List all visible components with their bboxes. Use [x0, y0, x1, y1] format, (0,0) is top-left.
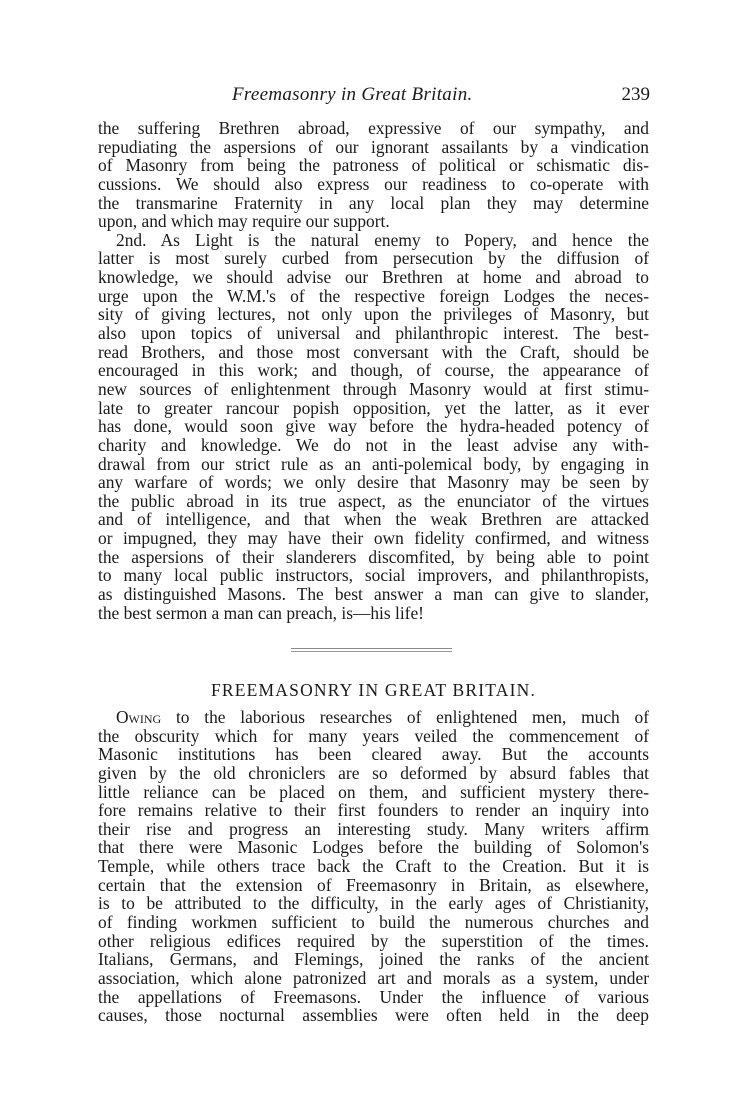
- text-line: knowledge, we should advise our Brethren…: [98, 268, 649, 287]
- divider-line: [291, 648, 452, 649]
- text-line: the aspersions of their slanderers disco…: [98, 548, 649, 567]
- text-line: Temple, while others trace back the Craf…: [98, 857, 649, 876]
- text-line: repudiating the aspersions of our ignora…: [98, 138, 649, 157]
- text-line: causes, those nocturnal assemblies were …: [98, 1006, 649, 1025]
- text-line: is to be attributed to the difficulty, i…: [98, 894, 649, 913]
- section-body-text: Owing to the laborious researches of enl…: [98, 708, 649, 1025]
- text-line: charity and knowledge. We do not in the …: [98, 436, 649, 455]
- divider-line: [291, 651, 452, 652]
- text-line: Italians, Germans, and Flemings, joined …: [98, 950, 649, 969]
- text-line: upon, and which may require our support.: [98, 212, 649, 231]
- text-line: read Brothers, and those most conversant…: [98, 343, 649, 362]
- text-line: also upon topics of universal and philan…: [98, 324, 649, 343]
- text-line: of finding workmen sufficient to build t…: [98, 913, 649, 932]
- text-line: new sources of enlightenment through Mas…: [98, 380, 649, 399]
- text-line: of Masonry from being the patroness of p…: [98, 156, 649, 175]
- text-line: Masonic institutions has been cleared aw…: [98, 745, 649, 764]
- text-line: association, which alone patronized art …: [98, 969, 649, 988]
- text-line: any warfare of words; we only desire tha…: [98, 473, 649, 492]
- opening-word: Owing: [116, 707, 161, 727]
- text-line: given by the old chroniclers are so defo…: [98, 764, 649, 783]
- text-line: fore remains relative to their first fou…: [98, 801, 649, 820]
- text-line: has done, would soon give way before the…: [98, 417, 649, 436]
- continued-article-text: the suffering Brethren abroad, expressiv…: [98, 119, 649, 622]
- text-line: and of intelligence, and that when the w…: [98, 510, 649, 529]
- text-line: the public abroad in its true aspect, as…: [98, 492, 649, 511]
- text-line: urge upon the W.M.'s of the respective f…: [98, 287, 649, 306]
- text-line: that there were Masonic Lodges before th…: [98, 838, 649, 857]
- text-line: or impugned, they may have their own fid…: [98, 529, 649, 548]
- text-line: as distinguished Masons. The best answer…: [98, 585, 649, 604]
- text-line: encouraged in this work; and though, of …: [98, 361, 649, 380]
- text-line: the suffering Brethren abroad, expressiv…: [98, 119, 649, 138]
- paragraph-start-line: 2nd. As Light is the natural enemy to Po…: [98, 231, 649, 250]
- text-line: latter is most surely curbed from persec…: [98, 249, 649, 268]
- section-divider-rule: [291, 648, 452, 653]
- paragraph-start-line: Owing to the laborious researches of enl…: [98, 708, 649, 727]
- section-title: FREEMASONRY IN GREAT BRITAIN.: [98, 680, 649, 701]
- text-line: drawal from our strict rule as an anti-p…: [98, 455, 649, 474]
- text-line: the best sermon a man can preach, is—his…: [98, 604, 649, 623]
- text-line: the transmarine Fraternity in any local …: [98, 194, 649, 213]
- opening-line-rest: to the laborious researches of enlighten…: [161, 707, 649, 727]
- text-line: their rise and progress an interesting s…: [98, 820, 649, 839]
- text-line: little reliance can be placed on them, a…: [98, 783, 649, 802]
- page-number: 239: [622, 84, 651, 106]
- text-line: other religious edifices required by the…: [98, 932, 649, 951]
- document-page: Freemasonry in Great Britain. 239 the su…: [0, 0, 739, 1110]
- text-line: to many local public instructors, social…: [98, 566, 649, 585]
- text-line: cussions. We should also express our rea…: [98, 175, 649, 194]
- text-line: the obscurity which for many years veile…: [98, 727, 649, 746]
- running-head: Freemasonry in Great Britain. 239: [100, 84, 650, 108]
- text-line: sity of giving lectures, not only upon t…: [98, 305, 649, 324]
- running-title: Freemasonry in Great Britain.: [232, 84, 473, 106]
- text-line: certain that the extension of Freemasonr…: [98, 876, 649, 895]
- text-line: late to greater rancour popish oppositio…: [98, 399, 649, 418]
- text-line: the appellations of Freemasons. Under th…: [98, 988, 649, 1007]
